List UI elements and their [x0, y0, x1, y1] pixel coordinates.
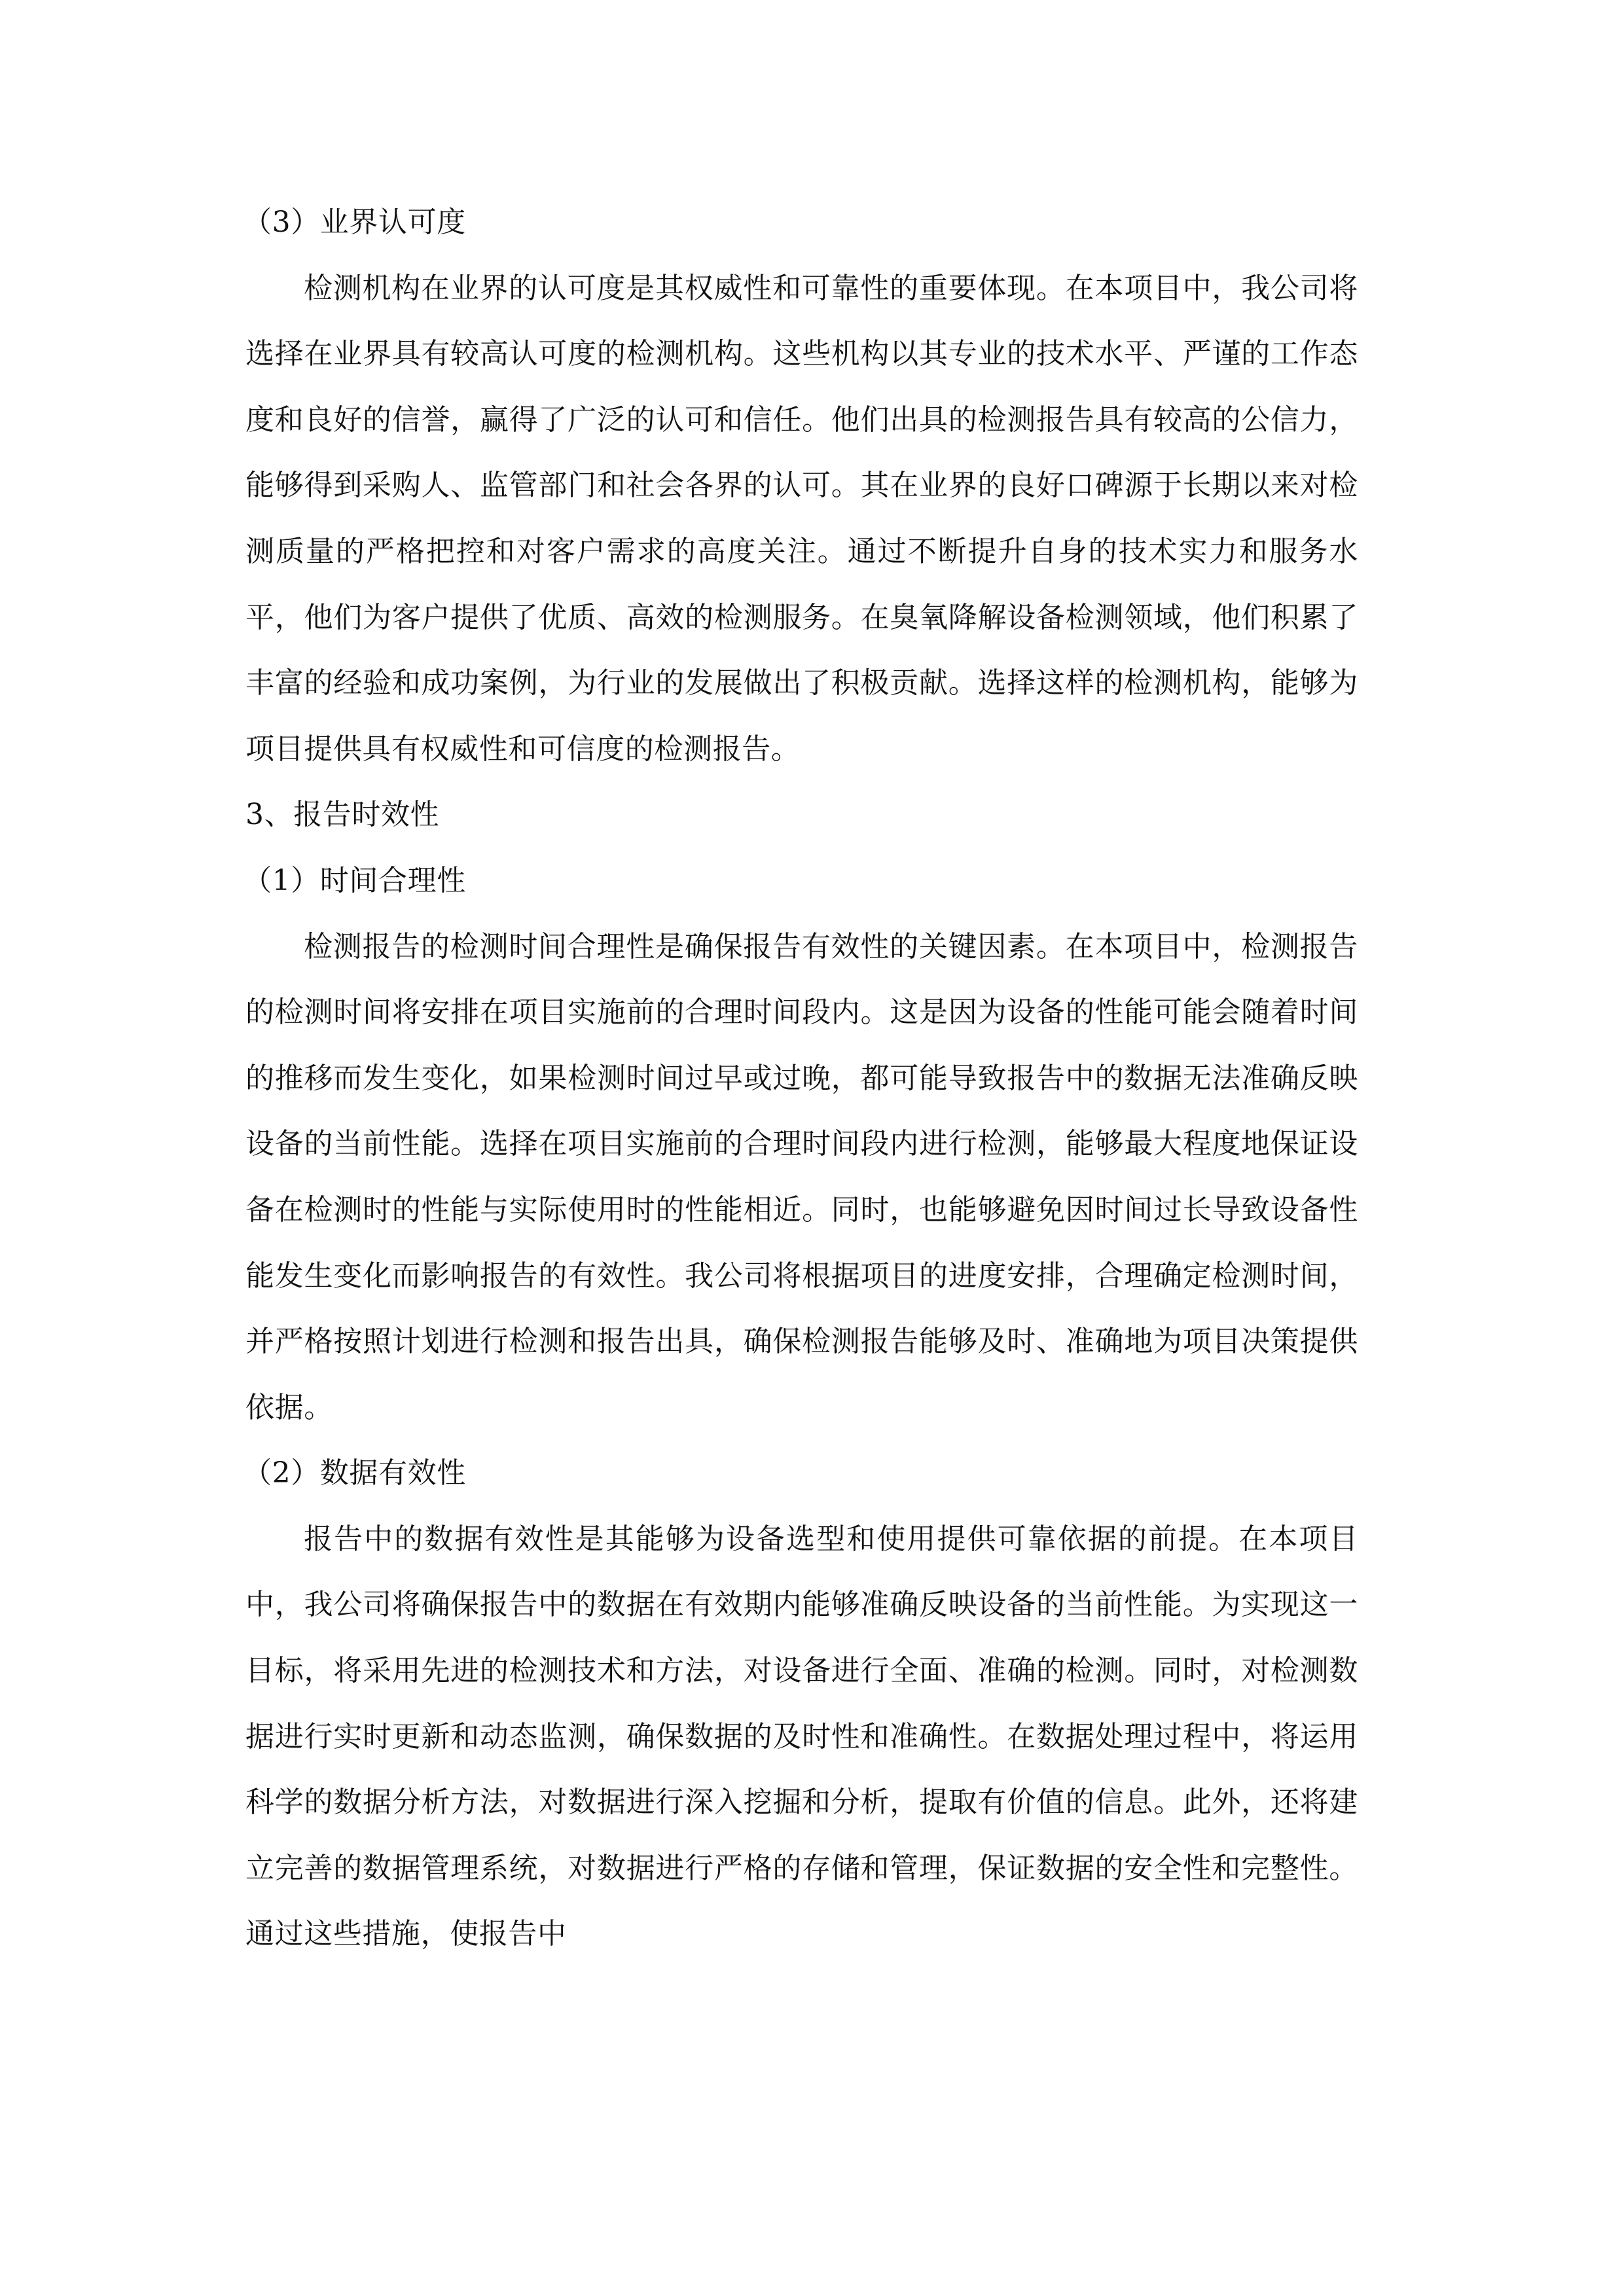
- section-heading-data-validity: （2）数据有效性: [243, 1441, 1358, 1507]
- document-page: （3）业界认可度 检测机构在业界的认可度是其权威性和可靠性的重要体现。在本项目中…: [245, 190, 1358, 1967]
- section-heading-industry-recognition: （3）业界认可度: [243, 190, 1358, 256]
- paragraph-time-reasonableness: 检测报告的检测时间合理性是确保报告有效性的关键因素。在本项目中，检测报告的检测时…: [245, 914, 1358, 1441]
- paragraph-data-validity: 报告中的数据有效性是其能够为设备选型和使用提供可靠依据的前提。在本项目中，我公司…: [245, 1507, 1358, 1967]
- section-heading-time-reasonableness: （1）时间合理性: [243, 848, 1358, 914]
- paragraph-industry-recognition: 检测机构在业界的认可度是其权威性和可靠性的重要体现。在本项目中，我公司将选择在业…: [245, 256, 1358, 783]
- section-heading-report-timeliness: 3、报告时效性: [245, 782, 1358, 848]
